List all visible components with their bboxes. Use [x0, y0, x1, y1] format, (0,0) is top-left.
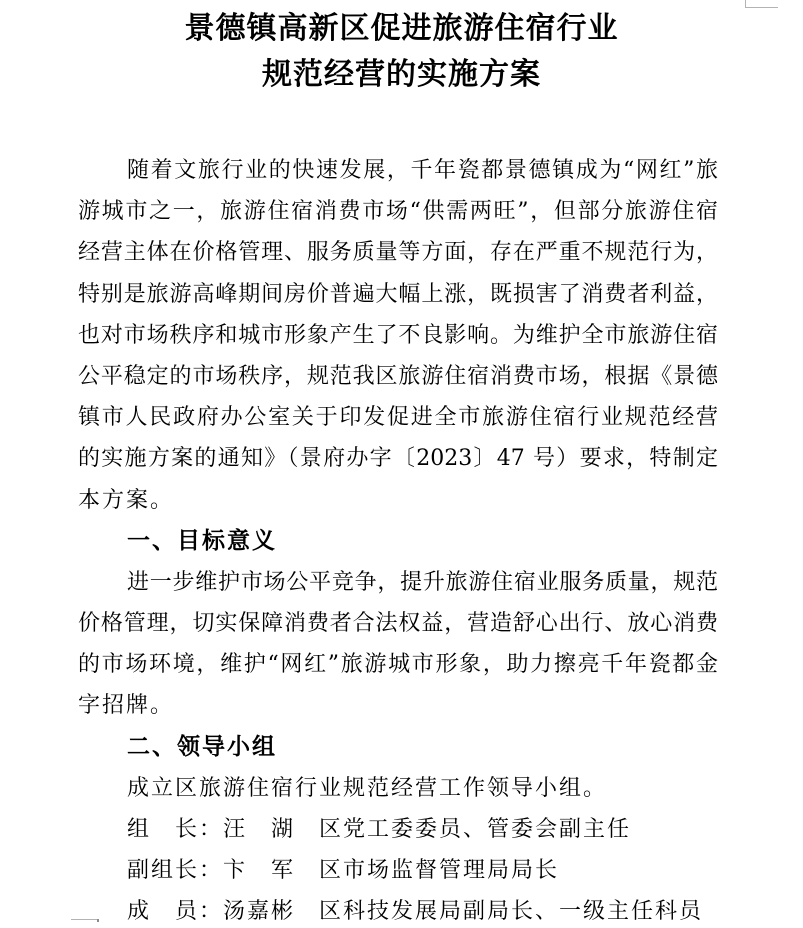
para1-line: 随着文旅行业的快速发展，千年瓷都景德镇成为“网红”旅 — [78, 150, 718, 191]
group-leader-line: 组 长：汪 湖 区党工委委员、管委会副主任 — [78, 809, 718, 850]
para2-line: 字招牌。 — [78, 685, 718, 726]
group-member-line: 成 员：汤嘉彬 区科技发展局副局长、一级主任科员 — [78, 891, 718, 928]
para1-line: 的实施方案的通知》（景府办字〔2023〕47 号）要求，特制定 — [78, 438, 718, 479]
text-boundary-mark-bottom-left-tick — [97, 919, 99, 922]
para1-line: 经营主体在价格管理、服务质量等方面，存在严重不规范行为， — [78, 232, 718, 273]
text-boundary-mark-bottom-left-horizontal — [71, 919, 98, 920]
para1-line: 公平稳定的市场秩序，规范我区旅游住宿消费市场，根据《景德 — [78, 356, 718, 397]
document-title-line1: 景德镇高新区促进旅游住宿行业 — [0, 6, 803, 52]
document-page[interactable]: 景德镇高新区促进旅游住宿行业 规范经营的实施方案 随着文旅行业的快速发展，千年瓷… — [0, 0, 803, 928]
text-boundary-mark-top-right-horizontal — [745, 7, 778, 8]
para1-line: 游城市之一，旅游住宿消费市场“供需两旺”，但部分旅游住宿 — [78, 191, 718, 232]
para1-line: 也对市场秩序和城市形象产生了不良影响。为维护全市旅游住宿 — [78, 315, 718, 356]
para2-line: 的市场环境，维护“网红”旅游城市形象，助力擦亮千年瓷都金 — [78, 644, 718, 685]
document-title: 景德镇高新区促进旅游住宿行业 规范经营的实施方案 — [0, 6, 803, 98]
para1-line: 特别是旅游高峰期间房价普遍大幅上涨，既损害了消费者利益， — [78, 274, 718, 315]
document-title-line2: 规范经营的实施方案 — [0, 52, 803, 98]
para1-line: 镇市人民政府办公室关于印发促进全市旅游住宿行业规范经营 — [78, 397, 718, 438]
para2-line: 进一步维护市场公平竞争，提升旅游住宿业服务质量，规范 — [78, 562, 718, 603]
para2-line: 价格管理，切实保障消费者合法权益，营造舒心出行、放心消费 — [78, 603, 718, 644]
text-boundary-mark-top-right-vertical — [745, 0, 746, 7]
group-deputy-line: 副组长：卞 军 区市场监督管理局局长 — [78, 850, 718, 891]
para1-line: 本方案。 — [78, 480, 718, 521]
document-body: 随着文旅行业的快速发展，千年瓷都景德镇成为“网红”旅 游城市之一，旅游住宿消费市… — [78, 150, 718, 928]
group-intro-line: 成立区旅游住宿行业规范经营工作领导小组。 — [78, 768, 718, 809]
section-heading-2: 二、领导小组 — [78, 727, 718, 768]
section-heading-1: 一、目标意义 — [78, 521, 718, 562]
